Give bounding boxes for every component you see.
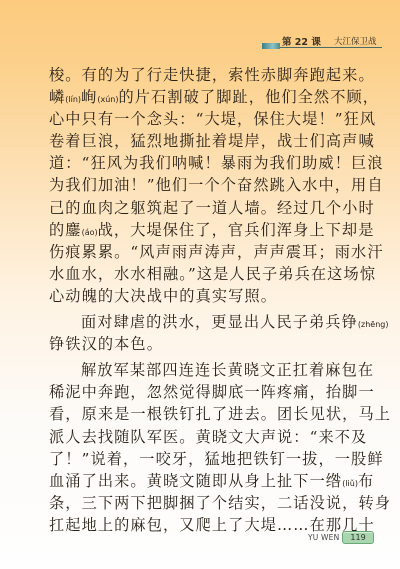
subject-label: YU WEN xyxy=(308,533,339,542)
text-line: 了！”说着，一咬牙，猛地把铁钉一拔，一股鲜 xyxy=(49,448,349,470)
page-header: 第 22 课 大江保卫战 xyxy=(262,34,400,50)
text-line: 稀泥中奔跑，忽然觉得脚底一阵疼痛，抬脚一 xyxy=(49,381,349,403)
text-line: 派人去找随队军医。黄晓文大声说：“来不及 xyxy=(49,426,349,448)
text-line: 看，原来是一根铁钉扎了进去。团长见状，马上 xyxy=(49,403,349,425)
text-line: 铮铁汉的本色。 xyxy=(49,333,349,355)
pinyin-annotation: (xún) xyxy=(97,95,118,104)
text-line: 伤痕累累。“风声雨声涛声，声声震耳；雨水汗 xyxy=(49,241,349,263)
body-text: 梭。有的为了行走快捷，索性赤脚奔跑起来。 嶙(lín)峋(xún)的片石割破了脚… xyxy=(49,64,349,536)
text-line: 为我们加油！”他们一个个奋然跳入水中，用自 xyxy=(49,174,349,196)
pinyin-annotation: (áo) xyxy=(82,228,98,237)
page-number-badge: 119 xyxy=(342,531,373,544)
page-footer: YU WEN 119 xyxy=(308,530,374,544)
pinyin-annotation: (lín) xyxy=(65,95,81,104)
lesson-number: 第 22 课 xyxy=(282,34,321,48)
text-line: 条，三下两下把脚捆了个结实，二话没说，转身 xyxy=(49,492,349,514)
text-line: 道：“狂风为我们呐喊！暴雨为我们助威！巨浪 xyxy=(49,152,349,174)
text-line: 卷着巨浪，猛烈地撕扯着堤岸，战士们高声喊 xyxy=(49,130,349,152)
text-line: 心中只有一个念头：“大堤，保住大堤！”狂风 xyxy=(49,108,349,130)
text-line: 扛起地上的麻包，又爬上了大堤……在那几十 xyxy=(49,514,349,536)
paragraph-start-line: 面对肆虐的洪水，更显出人民子弟兵铮(zhēng) xyxy=(49,311,349,333)
pinyin-annotation: (zhēng) xyxy=(358,320,389,329)
text-line: 己的血肉之躯筑起了一道人墙。经过几个小时 xyxy=(49,197,349,219)
text-line: 水血水，水水相融。”这是人民子弟兵在这场惊 xyxy=(49,263,349,285)
lesson-title: 大江保卫战 xyxy=(334,35,377,47)
paragraph-start-line: 解放军某部四连连长黄晓文正扛着麻包在 xyxy=(49,359,349,381)
text-line: 的鏖(áo)战，大堤保住了，官兵们浑身上下却是 xyxy=(49,219,349,241)
text-line: 嶙(lín)峋(xún)的片石割破了脚趾，他们全然不顾， xyxy=(49,86,349,108)
text-line: 梭。有的为了行走快捷，索性赤脚奔跑起来。 xyxy=(49,64,349,86)
header-accent-bar xyxy=(262,43,280,49)
text-line: 血涌了出来。黄晓文随即从身上扯下一绺(liǔ)布 xyxy=(49,470,349,492)
pinyin-annotation: (liǔ) xyxy=(342,479,358,488)
text-line: 心动魄的大决战中的真实写照。 xyxy=(49,285,349,307)
